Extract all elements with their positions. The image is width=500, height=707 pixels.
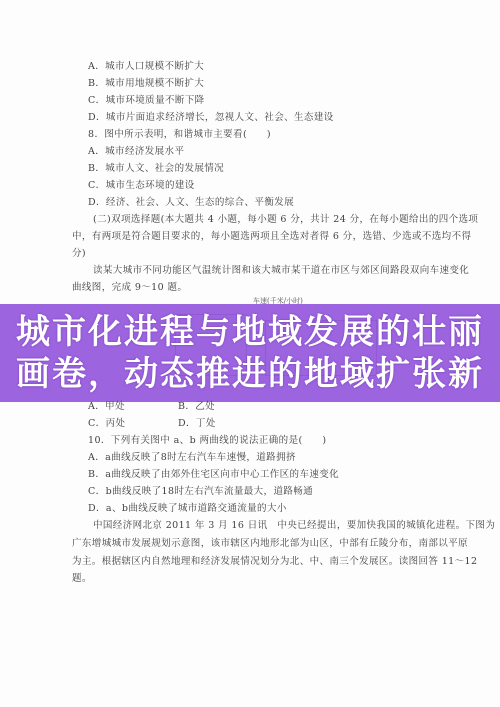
q7-option-c: C．城市环境质量不断下降: [88, 95, 205, 107]
q9-option-d: D．丁处: [178, 418, 216, 430]
q10-option-c: C．b曲线反映了18时左右汽车流量最大，道路畅通: [88, 486, 313, 498]
passage-line-3: 为主。根据辖区内自然地理和经济发展情况划分为北、中、南三个发展区。读图回答 11…: [72, 556, 477, 568]
section-header-line-3: 分): [72, 248, 86, 260]
document-page: A．城市人口规模不断扩大 B．城市用地规模不断扩大 C．城市环境质量不断下降 D…: [0, 0, 500, 707]
section-header-line-2: 中，有两项是符合题目要求的，每小题选两项且全选对者得 6 分，选错、少选或不选均…: [72, 231, 471, 243]
q7-option-b: B．城市用地规模不断扩大: [88, 78, 204, 90]
intro-line-1: 读某大城市不同功能区气温统计图和该大城市某干道在市区与郊区间路段双向车速变化: [93, 265, 469, 277]
q7-option-a: A．城市人口规模不断扩大: [88, 61, 204, 73]
passage-line-4: 题。: [72, 573, 92, 585]
q8-option-a: A．城市经济发展水平: [88, 146, 184, 158]
q10-stem: 10．下列有关图中 a、b 两曲线的说法正确的是( ): [88, 435, 327, 447]
q8-option-b: B．城市人文、社会的发展情况: [88, 163, 224, 175]
q8-option-d: D．经济、社会、人文、生态的综合、平衡发展: [88, 197, 294, 209]
q9-option-a: A．甲处: [88, 401, 125, 413]
q9-option-b: B．乙处: [178, 401, 215, 413]
banner-title-line-2: 画卷，动态推进的地域扩张新: [0, 354, 500, 394]
q10-option-d: D．a、b曲线反映了城市道路交通流量的大小: [88, 503, 287, 515]
banner-title-line-1: 城市化进程与地域发展的壮丽: [0, 312, 500, 352]
q9-stem-hidden: 9．该市城市热岛中心最可能位于图中的( ): [92, 689, 255, 700]
q10-option-b: B．a曲线反映了由郊外住宅区向市中心工作区的车速变化: [88, 469, 339, 481]
q9-option-c: C．丙处: [88, 418, 125, 430]
title-banner: 9．该市城市热岛中心最可能位于图中的( ) 城市化进程与地域发展的壮丽 画卷，动…: [0, 304, 500, 402]
intro-line-2: 曲线图，完成 9～10 题。: [72, 282, 187, 294]
section-header-line-1: (二)双项选择题(本大题共 4 小题，每小题 6 分，共计 24 分，在每小题给…: [93, 214, 478, 226]
q7-option-d: D．城市片面追求经济增长，忽视人文、社会、生态建设: [88, 112, 334, 124]
q8-option-c: C．城市生态环境的建设: [88, 180, 195, 192]
passage-line-2: 广东增城城市发展规划示意图，该市辖区内地形北部为山区，中部有丘陵分布，南部以平原: [72, 538, 468, 550]
q10-option-a: A．a曲线反映了8时左右汽车车速慢，道路拥挤: [88, 452, 296, 464]
passage-line-1: 中国经济网北京 2011 年 3 月 16 日讯 中央已经提出，要加快我国的城镇…: [93, 520, 495, 532]
q8-stem: 8．图中所示表明，和谐城市主要看( ): [88, 129, 271, 141]
